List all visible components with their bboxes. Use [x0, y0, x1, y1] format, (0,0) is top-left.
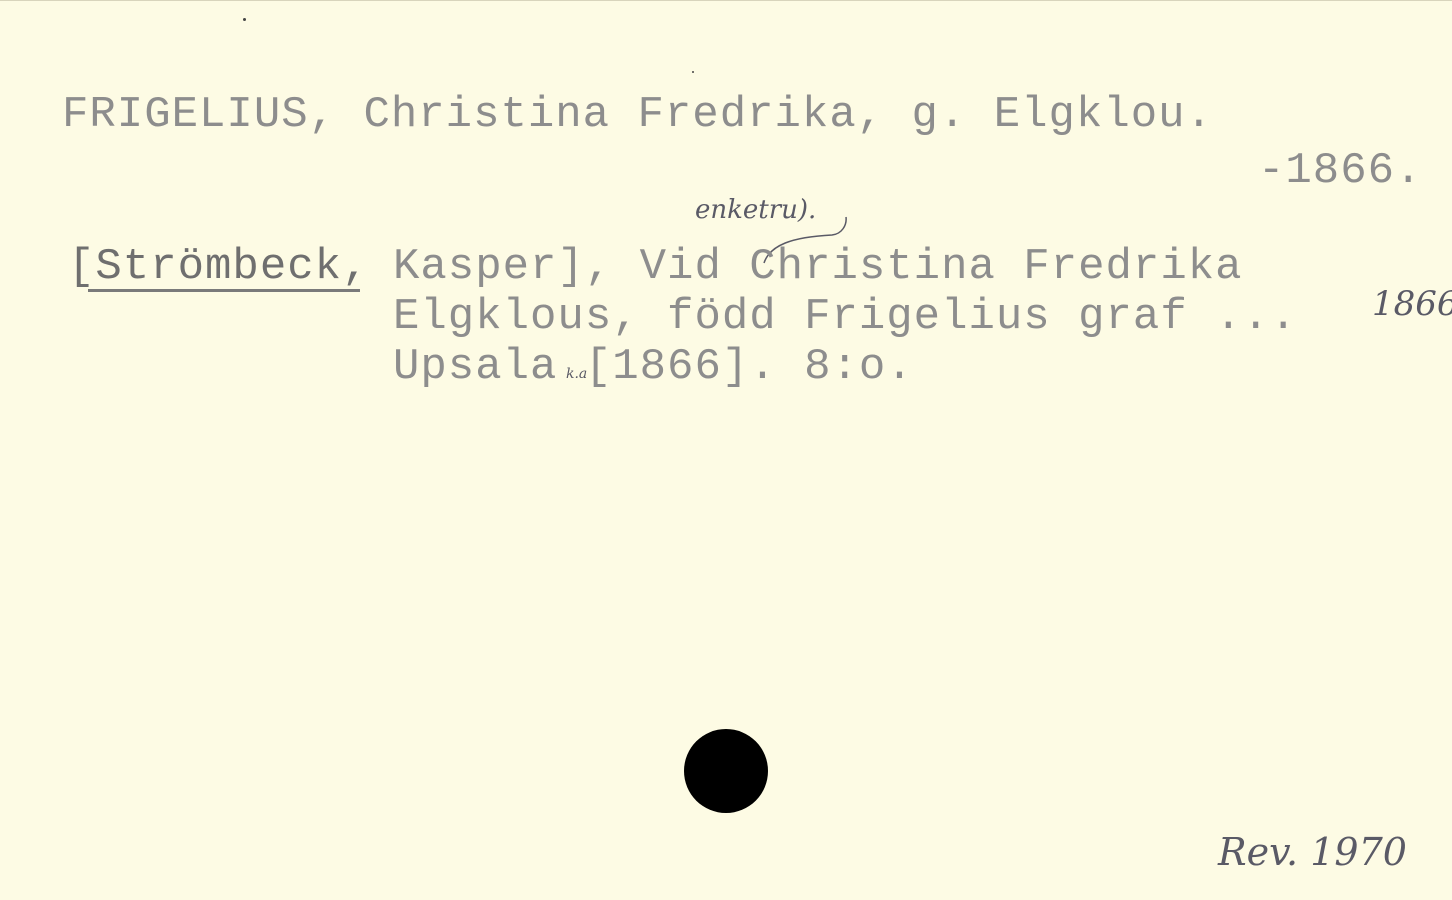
author-underline: [88, 289, 360, 292]
handwritten-year: 1866.: [1372, 287, 1452, 321]
entry-imprint: Upsala [1866]. 8:o.: [393, 345, 914, 389]
heading-dates: -1866.: [1258, 149, 1422, 193]
imprint-handwritten-mark: k.a: [566, 367, 587, 381]
heading-name: FRIGELIUS, Christina Fredrika, g. Elgklo…: [62, 93, 1213, 137]
ink-speck: [692, 71, 694, 73]
revision-note: Rev. 1970: [1218, 833, 1407, 871]
ink-speck: [243, 18, 246, 21]
punch-hole: [684, 729, 768, 813]
entry-title-line1: Kasper], Vid Christina Fredrika: [393, 245, 1243, 289]
entry-title-line2: Elgklous, född Frigelius graf ...: [393, 295, 1297, 339]
catalog-card: FRIGELIUS, Christina Fredrika, g. Elgklo…: [0, 0, 1452, 900]
entry-author: [Strömbeck,: [68, 245, 369, 289]
